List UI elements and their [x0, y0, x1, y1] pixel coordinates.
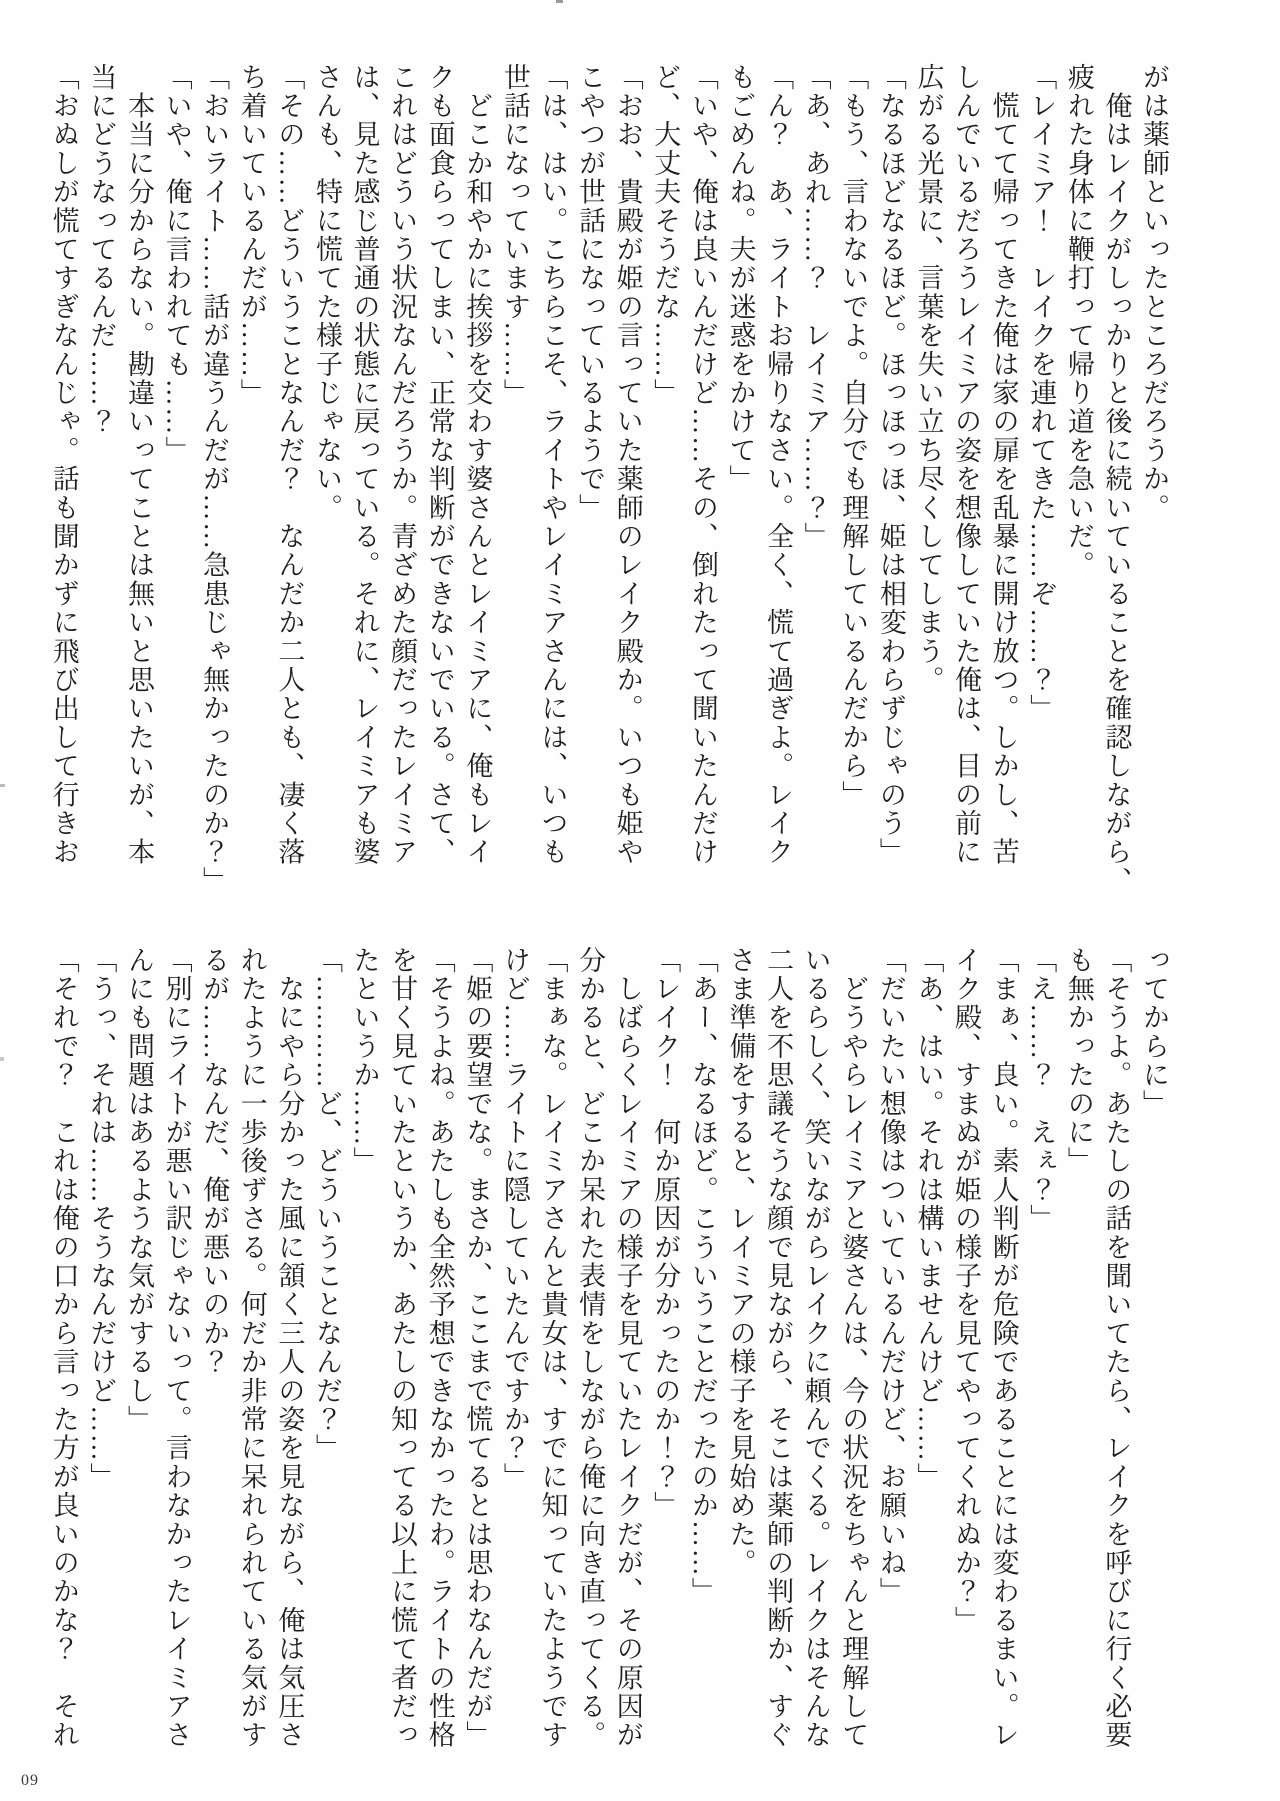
text-column: 「まぁな。レイミアさんと貴女は、すでに知っていたようです — [533, 946, 571, 1758]
top-text-block: がは薬師といったところだろうか。 俺はレイクがしっかりと後に続いていることを確認… — [44, 63, 1172, 883]
text-column: 「あ、あれ……？ レイミア……？」 — [796, 63, 834, 883]
scan-artifact — [556, 0, 563, 3]
text-column: 俺はレイクがしっかりと後に続いていることを確認しながら、 — [1097, 63, 1135, 883]
text-column: 「レイミア！ レイクを連れてきた……ぞ……？」 — [1022, 63, 1060, 883]
text-column: 「おお、貴殿が姫の言っていた薬師のレイク殿か。いつも姫や — [608, 63, 646, 883]
text-column: しばらくレイミアの様子を見ていたレイクだが、その原因が — [608, 946, 646, 1758]
text-column: 「まぁ、良い。素人判断が危険であることには変わるまい。レ — [984, 946, 1022, 1758]
text-column: 本当に分からない。勘違いってことは無いと思いたいが、本 — [119, 63, 157, 883]
text-column: 「いや、俺に言われても……」 — [157, 63, 195, 883]
text-column: 「いや、俺は良いんだけど……その、倒れたって聞いたんだけ — [683, 63, 721, 883]
text-column: 「だいたい想像はついているんだけど、お願いね」 — [871, 946, 909, 1758]
text-column: 「ん？ あ、ライトお帰りなさい。全く、慌て過ぎよ。レイク — [758, 63, 796, 883]
text-column: 「別にライトが悪い訳じゃないって。言わなかったレイミアさ — [157, 946, 195, 1758]
scan-artifact — [0, 1057, 4, 1061]
text-column: たというか……」 — [345, 946, 383, 1758]
text-column: 「そうよね。あたしも全然予想できなかったわ。ライトの性格 — [420, 946, 458, 1758]
text-column: 世話になっています……」 — [495, 63, 533, 883]
text-column: 「おぬしが慌てすぎなんじゃ。話も聞かずに飛び出して行きお — [44, 63, 82, 883]
text-column: 「その……どういうことなんだ？ なんだか二人とも、凄く落 — [270, 63, 308, 883]
text-column: ち着いているんだが……」 — [232, 63, 270, 883]
text-column: どうやらレイミアと婆さんは、今の状況をちゃんと理解して — [834, 946, 872, 1758]
text-column: さま準備をすると、レイミアの様子を見始めた。 — [721, 946, 759, 1758]
text-column: 「おいライト……話が違うんだが……急患じゃ無かったのか？」 — [195, 63, 233, 883]
novel-page: がは薬師といったところだろうか。 俺はレイクがしっかりと後に続いていることを確認… — [0, 0, 1280, 1801]
text-column: 「あー、なるほど。こういうことだったのか……」 — [683, 946, 721, 1758]
text-column: 「…………ど、どういうことなんだ？」 — [307, 946, 345, 1758]
text-column: 「あ、はい。それは構いませんけど……」 — [909, 946, 947, 1758]
text-column: なにやら分かった風に頷く三人の姿を見ながら、俺は気圧さ — [270, 946, 308, 1758]
text-column: 広がる光景に、言葉を失い立ち尽くしてしまう。 — [909, 63, 947, 883]
text-column: 「え……？ えぇ？」 — [1022, 946, 1060, 1758]
text-column: もごめんね。夫が迷惑をかけて」 — [721, 63, 759, 883]
text-column: 「そうよ。あたしの話を聞いてたら、レイクを呼びに行く必要 — [1097, 946, 1135, 1758]
scan-artifact — [0, 784, 5, 787]
text-column: ってからに」 — [1134, 946, 1172, 1758]
text-column: がは薬師といったところだろうか。 — [1134, 63, 1172, 883]
text-column: 疲れた身体に鞭打って帰り道を急いだ。 — [1059, 63, 1097, 883]
text-column: んにも問題はあるような気がするし」 — [119, 946, 157, 1758]
text-column: 「なるほどなるほど。ほっほっほ、姫は相変わらずじゃのう」 — [871, 63, 909, 883]
text-column: れたように一歩後ずさる。何だか非常に呆れられている気がす — [232, 946, 270, 1758]
text-column: こやつが世話になっているようで」 — [571, 63, 609, 883]
page-number: 09 — [21, 1772, 39, 1790]
text-column: 当にどうなってるんだ……？ — [82, 63, 120, 883]
text-column: 「レイク！ 何か原因が分かったのか！？」 — [646, 946, 684, 1758]
text-column: イク殿、すまぬが姫の様子を見てやってくれぬか？」 — [946, 946, 984, 1758]
text-column: 「もう、言わないでよ。自分でも理解しているんだから」 — [834, 63, 872, 883]
text-column: クも面食らってしまい、正常な判断ができないでいる。さて、 — [420, 63, 458, 883]
text-column: これはどういう状況なんだろうか。青ざめた顔だったレイミア — [383, 63, 421, 883]
text-column: どこか和やかに挨拶を交わす婆さんとレイミアに、俺もレイ — [458, 63, 496, 883]
text-column: けど……ライトに隠していたんですか？」 — [495, 946, 533, 1758]
text-column: しんでいるだろうレイミアの姿を想像していた俺は、目の前に — [946, 63, 984, 883]
text-column: 「うっ、それは……そうなんだけど……」 — [82, 946, 120, 1758]
text-column: さんも、特に慌てた様子じゃない。 — [307, 63, 345, 883]
text-column: 慌てて帰ってきた俺は家の扉を乱暴に開け放つ。しかし、苦 — [984, 63, 1022, 883]
text-column: 分かると、どこか呆れた表情をしながら俺に向き直ってくる。 — [571, 946, 609, 1758]
text-column: 二人を不思議そうな顔で見ながら、そこは薬師の判断か、すぐ — [758, 946, 796, 1758]
text-column: を甘く見ていたというか、あたしの知ってる以上に慌て者だっ — [383, 946, 421, 1758]
text-column: 「は、はい。こちらこそ、ライトやレイミアさんには、いつも — [533, 63, 571, 883]
text-column: も無かったのに」 — [1059, 946, 1097, 1758]
text-column: 「姫の要望でな。まさか、ここまで慌てるとは思わなんだが」 — [458, 946, 496, 1758]
text-column: 「それで？ これは俺の口から言った方が良いのかな？ それ — [44, 946, 82, 1758]
text-column: は、見た感じ普通の状態に戻っている。それに、レイミアも婆 — [345, 63, 383, 883]
bottom-text-block: ってからに」「そうよ。あたしの話を聞いてたら、レイクを呼びに行く必要も無かったの… — [44, 946, 1172, 1758]
text-column: るが……なんだ、俺が悪いのか？ — [195, 946, 233, 1758]
text-column: ど、大丈夫そうだな……」 — [646, 63, 684, 883]
text-column: いるらしく、笑いながらレイクに頼んでくる。レイクはそんな — [796, 946, 834, 1758]
